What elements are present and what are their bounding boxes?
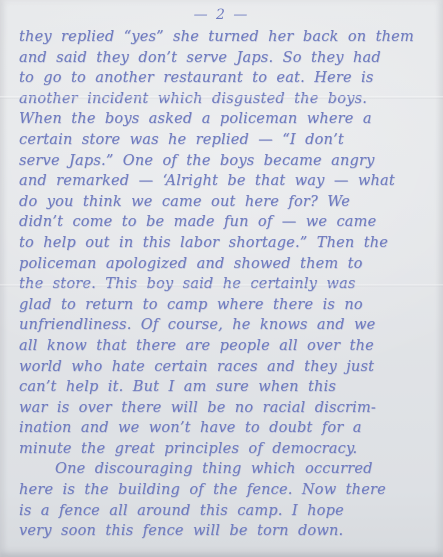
letter-line: serve Japs.” One of the boys became angr…	[19, 151, 433, 172]
letter-line: to help out in this labor shortage.” The…	[19, 233, 433, 254]
letter-line: When the boys asked a policeman where a	[19, 109, 433, 130]
letter-line: didn’t come to be made fun of — we came	[19, 212, 433, 233]
letter-line: do you think we came out here for? We	[19, 192, 433, 213]
letter-line: minute the great principles of democracy…	[19, 439, 433, 460]
letter-line: they replied “yes” she turned her back o…	[19, 27, 433, 48]
letter-line: world who hate certain races and they ju…	[19, 357, 433, 378]
letter-line: all know that there are people all over …	[19, 336, 433, 357]
letter-line: certain store was he replied — “I don’t	[19, 130, 433, 151]
letter-line: the store. This boy said he certainly wa…	[19, 274, 433, 295]
page-number: — 2 —	[0, 0, 443, 26]
letter-body: they replied “yes” she turned her back o…	[0, 26, 443, 542]
letter-line: war is over there will be no racial disc…	[19, 398, 433, 419]
letter-line: and remarked — ‘Alright be that way — wh…	[19, 171, 433, 192]
letter-page: — 2 — they replied “yes” she turned her …	[0, 0, 443, 557]
letter-line: glad to return to camp where there is no	[19, 295, 433, 316]
letter-line: is a fence all around this camp. I hope	[19, 501, 433, 522]
letter-line: can’t help it. But I am sure when this	[19, 377, 433, 398]
letter-line-paragraph-start: One discouraging thing which occurred	[19, 459, 433, 480]
letter-line: here is the building of the fence. Now t…	[19, 480, 433, 501]
letter-line: unfriendliness. Of course, he knows and …	[19, 315, 433, 336]
letter-line: and said they don’t serve Japs. So they …	[19, 48, 433, 69]
letter-line: very soon this fence will be torn down.	[19, 521, 433, 542]
letter-line: another incident which disgusted the boy…	[19, 89, 433, 110]
letter-line: policeman apologized and showed them to	[19, 254, 433, 275]
letter-line: to go to another restaurant to eat. Here…	[19, 68, 433, 89]
letter-line: ination and we won’t have to doubt for a	[19, 418, 433, 439]
